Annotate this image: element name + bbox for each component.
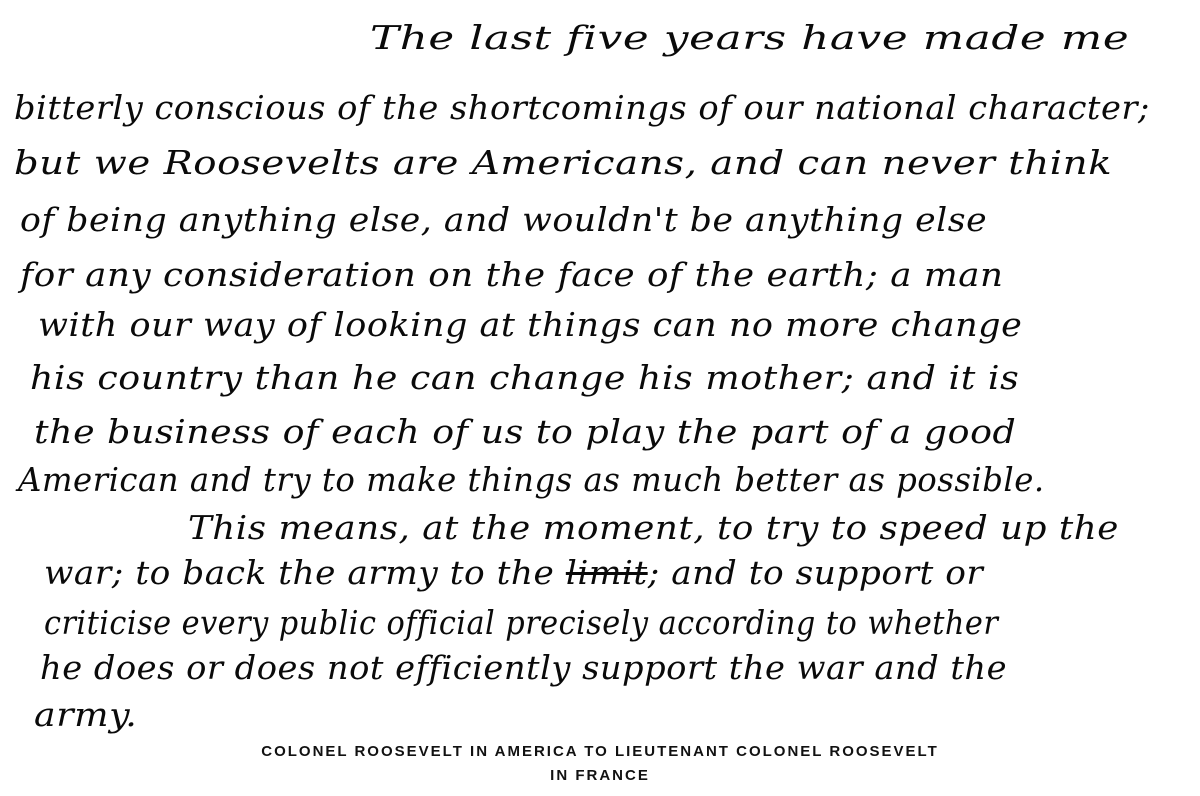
handwritten-line: with our way of looking at things can no… [38, 305, 1022, 345]
handwritten-line: the business of each of us to play the p… [34, 412, 1016, 452]
letter-page: The last five years have made me bitterl… [0, 0, 1200, 796]
handwritten-line: American and try to make things as much … [18, 460, 1045, 500]
handwritten-letter: The last five years have made me bitterl… [0, 0, 1200, 735]
handwritten-line: for any consideration on the face of the… [20, 255, 1004, 295]
caption-line-1: COLONEL ROOSEVELT IN AMERICA TO LIEUTENA… [0, 740, 1200, 764]
handwritten-line: bitterly conscious of the shortcomings o… [14, 88, 1150, 128]
struck-through-word: limit [566, 553, 648, 592]
handwritten-line: army. [34, 695, 137, 735]
handwritten-line: of being anything else, and wouldn't be … [20, 200, 987, 240]
handwritten-text: ; and to support or [648, 553, 984, 592]
handwritten-line: but we Roosevelts are Americans, and can… [14, 143, 1112, 183]
handwritten-line: criticise every public official precisel… [44, 603, 998, 643]
handwritten-line: The last five years have made me [370, 18, 1129, 58]
handwritten-text: war; to back the army to the [44, 553, 566, 592]
figure-caption: COLONEL ROOSEVELT IN AMERICA TO LIEUTENA… [0, 740, 1200, 788]
handwritten-line: his country than he can change his mothe… [30, 358, 1019, 398]
handwritten-line: This means, at the moment, to try to spe… [188, 508, 1119, 548]
handwritten-line: he does or does not efficiently support … [40, 648, 1007, 688]
caption-line-2: IN FRANCE [0, 764, 1200, 788]
handwritten-line: war; to back the army to the limit; and … [44, 553, 983, 593]
